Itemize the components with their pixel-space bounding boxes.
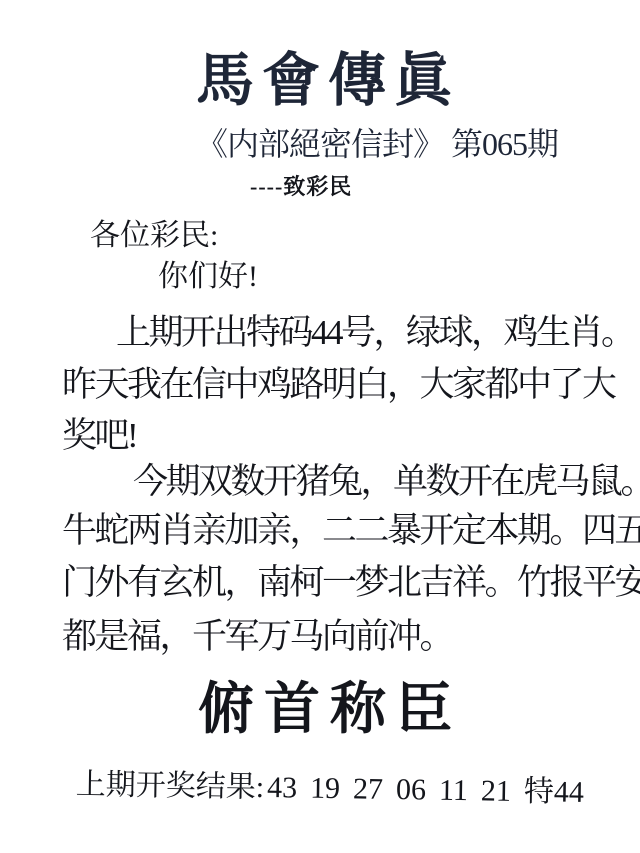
result-number: 11: [439, 774, 468, 807]
previous-draw-results: 上期开奖结果:431927061121特44: [76, 770, 585, 808]
result-number: 27: [353, 772, 384, 805]
letter-line: 奖吧!: [62, 418, 136, 453]
letter-line: 昨天我在信中鸡路明白，大家都中了大: [62, 367, 615, 402]
letter-line: 上期开出特码44号，绿球，鸡生肖。: [116, 315, 634, 350]
issue-number-line: 《内部絕密信封》 第065期: [196, 128, 558, 160]
letter-line: 牛蛇两肖亲加亲，二二暴开定本期。四五: [62, 513, 640, 548]
salutation: 各位彩民:: [90, 221, 218, 251]
letter-line: 今期双数开猪兔，单数开在虎马鼠。: [133, 464, 640, 499]
greeting: 你们好!: [158, 262, 258, 292]
special-number-prefix: 特: [524, 775, 555, 808]
special-number: 44: [554, 776, 585, 809]
masthead-title: 馬會傳眞: [0, 52, 640, 110]
slogan-headline: 俯首称臣: [0, 682, 640, 738]
letter-line: 都是福，千军万马向前冲。: [62, 619, 452, 654]
fax-letter-page: 馬會傳眞 《内部絕密信封》 第065期 ----致彩民 各位彩民: 你们好! 上…: [0, 0, 640, 853]
result-number: 19: [310, 772, 341, 805]
result-number: 06: [396, 773, 427, 806]
dedication-line: ----致彩民: [250, 176, 352, 198]
results-label: 上期开奖结果:: [76, 768, 265, 804]
result-number: 21: [481, 774, 512, 807]
letter-line: 门外有玄机，南柯一梦北吉祥。竹报平安: [62, 565, 640, 600]
result-number: 43: [267, 771, 298, 804]
